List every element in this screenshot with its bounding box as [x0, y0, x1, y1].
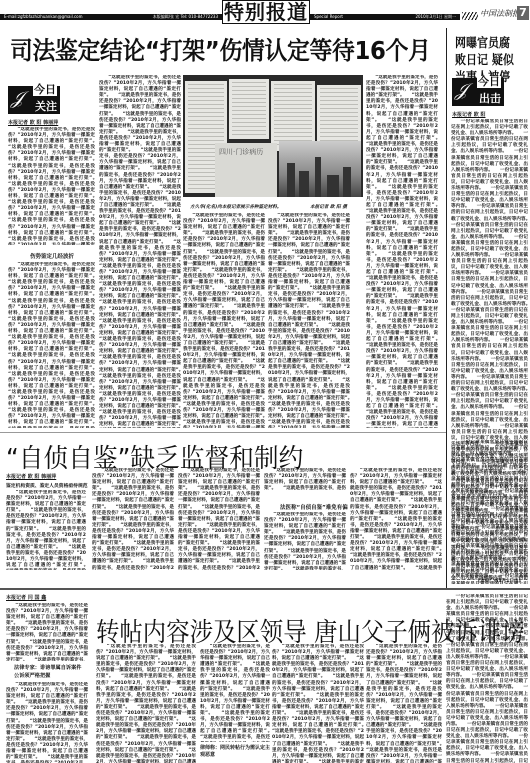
column-badge-today-focus: 𝒥 今日 关注 [8, 86, 60, 114]
bottom-story-col5-text: “这就是我手里的鉴定书，是伤还是没伤？”2010年2月，方久华指着一摞鉴定材料，… [366, 644, 442, 763]
photo-caption: 方久华(化名)向本报记者展示各种鉴定材料。 [190, 204, 281, 210]
photo-ad-text: 四川·门诊病历 [219, 147, 263, 157]
bottom-story-col1a-text: “这就是我手里的鉴定书，是伤还是没伤？”2010年2月，方久华指着一摞鉴定材料，… [6, 603, 88, 661]
middle-story-col6-text: 一份记录某镇官员日常生活的日记在网上引起热议，日记中记载了收受礼金、出入娱乐场所… [451, 440, 528, 580]
bottom-story-col2-text: “这就是我手里的鉴定书，是伤还是没伤？”2010年2月，方久华指着一摞鉴定材料，… [96, 644, 196, 763]
bottom-story-subhead-mid: 律师称：网民转帖行为需认定主观恶意 [200, 745, 270, 759]
middle-story-subhead-mid: 法医称“自侦自鉴”难免有偏 [280, 503, 348, 511]
masthead-editor-tel: 本版编辑/张 宏 Tel: 010-84772233 [153, 13, 218, 21]
column-badge-today-strike: 𝒥 今日 出击 [452, 78, 504, 106]
script-logo-icon: 𝒥 [455, 80, 467, 101]
bottom-story-subhead-left: 法律专家：诽谤罪属自诉案件 公诉须严格把握 [14, 664, 84, 680]
middle-story-byline: 本报记者 欧 阳 韩丽萍 [6, 473, 56, 480]
bottom-story-byline: 本报记者 闫 国 鑫 [6, 594, 46, 601]
bottom-story-col6-text: 一份记录某镇官员日常生活的日记在网上引起热议，日记中记载了收受礼金、出入娱乐场所… [446, 594, 528, 763]
top-story-col1b-text: “这就是我手里的鉴定书，是伤还是没伤？”2010年2月，方久华指着一摞鉴定材料，… [8, 262, 95, 428]
decorative-stripes-icon [462, 12, 478, 20]
middle-story-col3-text: “这就是我手里的鉴定书，是伤还是没伤？”2010年2月，方久华指着一摞鉴定材料，… [178, 468, 260, 570]
masthead-email: E-mail:zgfzbfazhizhuankan@gmail.com [4, 13, 83, 21]
section-divider-bottom [0, 588, 530, 590]
top-story-subhead: 伤势鉴定几经波折 [30, 252, 74, 260]
section-title: 特别报道 [222, 0, 310, 24]
top-story-byline: 本报记者 欧 阳 韩丽萍 [8, 119, 58, 126]
masthead-right-bar: Special Report 2010年3月1日 星期一 [310, 14, 460, 20]
bottom-story-col1b-text: “这就是我手里的鉴定书，是伤还是没伤？”2010年2月，方久华指着一摞鉴定材料，… [6, 682, 88, 763]
middle-story-subhead-left: 鉴定机构资质、鉴定人员资格亟待规范 [6, 482, 88, 489]
evidence-photo: 四川·门诊病历 [183, 75, 363, 197]
middle-story-col2-text: “这就是我手里的鉴定书，是伤还是没伤？”2010年2月，方久华指着一摞鉴定材料，… [92, 468, 174, 570]
column-divider [446, 28, 447, 588]
top-story-col1-text: “这就是我手里的鉴定书，是伤还是没伤？”2010年2月，方久华指着一摞鉴定材料，… [8, 127, 95, 245]
middle-story-dateline: (本报广州3月1日电) [478, 578, 521, 584]
photo-credit: 本报记者 欧 阳 摄 [310, 204, 347, 210]
middle-story-col4a-text: “这就是我手里的鉴定书，是伤还是没伤？”2010年2月，方久华指着一摞鉴定材料，… [264, 468, 346, 490]
top-story-col4-text: “这就是我手里的鉴定书，是伤还是没伤？”2010年2月，方久华指着一摞鉴定材料，… [268, 213, 350, 428]
newspaper-logo: 中国法制报 [480, 8, 520, 19]
top-story-headline: 司法鉴定结论“打架”伤情认定等待16个月 [10, 32, 431, 67]
top-story-col3-text: “这就是我手里的鉴定书，是伤还是没伤？”2010年2月，方久华指着一摞鉴定材料，… [183, 213, 265, 428]
masthead: E-mail:zgfzbfazhizhuankan@gmail.com 本版编辑… [0, 0, 530, 26]
page-number: 7 [517, 6, 529, 20]
top-story-col2-text: “这就是我手里的鉴定书，是伤还是没伤？”2010年2月，方久华指着一摞鉴定材料，… [99, 75, 181, 428]
bottom-story-col4-text: “这就是我手里的鉴定书，是伤还是没伤？”2010年2月，方久华指着一摞鉴定材料，… [272, 644, 364, 763]
middle-story-col1-text: “这就是我手里的鉴定书，是伤还是没伤？”2010年2月，方久华指着一摞鉴定材料，… [6, 490, 86, 570]
section-divider [0, 432, 446, 433]
top-story-col5-text: “这就是我手里的鉴定书，是伤还是没伤？”2010年2月，方久华指着一摞鉴定材料，… [366, 75, 438, 428]
masthead-left-bar: E-mail:zgfzbfazhizhuankan@gmail.com 本版编辑… [0, 14, 222, 20]
middle-story-col4b-text: “这就是我手里的鉴定书，是伤还是没伤？”2010年2月，方久华指着一摞鉴定材料，… [264, 512, 346, 570]
side-story-byline: 本报记者 欧 阳 [452, 111, 485, 118]
issue-date: 2010年3月1日 星期一 [415, 13, 456, 21]
middle-story-col5-text: “这就是我手里的鉴定书，是伤还是没伤？”2010年2月，方久华指着一摞鉴定材料，… [350, 468, 442, 570]
script-logo-icon: 𝒥 [11, 88, 23, 109]
bottom-story-col3-text: “这就是我手里的鉴定书，是伤还是没伤？”2010年2月，方久华指着一摞鉴定材料，… [200, 644, 270, 742]
section-title-english: Special Report [314, 13, 343, 21]
